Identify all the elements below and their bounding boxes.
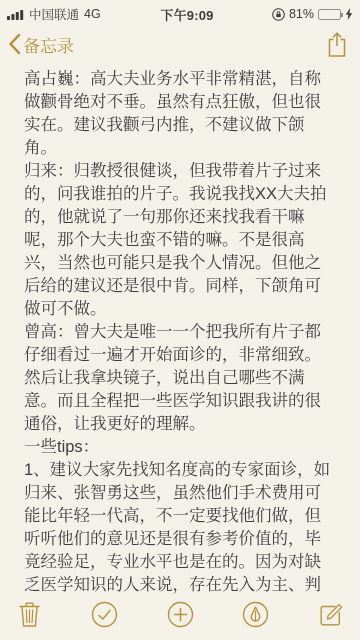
trash-icon: [18, 601, 41, 628]
note-line: 做颧骨绝对不垂。虽然有点狂傲，但也很: [24, 91, 330, 114]
note-line: 实在。建议我颧弓内推，不建议做下颌: [24, 114, 330, 137]
add-attachment-button[interactable]: [165, 599, 195, 629]
note-text-area[interactable]: 高占巍：高大夫业务水平非常精湛，自称做颧骨绝对不垂。虽然有点狂傲，但也很实在。建…: [0, 62, 360, 597]
battery-percent-label: 81%: [289, 7, 314, 21]
share-icon: [326, 31, 348, 58]
note-line: 竟经验足，专业水平也是在的。因为对缺: [24, 551, 330, 574]
note-line: 归来、张智勇这些，虽然他们手术费用可: [24, 482, 330, 505]
carrier-label: 中国联通: [29, 5, 79, 23]
status-time: 下午9:09: [160, 5, 213, 24]
status-right: 81%: [237, 7, 353, 21]
compose-icon: [318, 601, 345, 628]
notes-app-screen: 中国联通 4G 下午9:09 81%: [0, 0, 360, 640]
compose-button[interactable]: [316, 599, 346, 629]
share-button[interactable]: [326, 31, 348, 58]
checklist-icon: [91, 601, 118, 628]
note-line: 能比年轻一代高，不一定要找他们做，但: [24, 505, 330, 528]
status-bar: 中国联通 4G 下午9:09 81%: [0, 0, 360, 26]
bottom-toolbar: [0, 594, 360, 640]
orientation-lock-icon: [272, 8, 285, 21]
battery-icon: [318, 9, 341, 20]
markup-button[interactable]: [241, 599, 271, 629]
note-line: 角。: [24, 137, 330, 160]
charging-bolt-icon: [345, 8, 353, 20]
markup-icon: [242, 601, 269, 628]
note-line: 做可不做。: [24, 298, 330, 321]
signal-bars-icon: [7, 9, 24, 20]
note-line: 意。而且全程把一些医学知识跟我讲的很: [24, 390, 330, 413]
note-line: 通俗，让我更好的理解。: [24, 413, 330, 436]
note-line: 然后让我拿块镜子，说出自己哪些不满: [24, 367, 330, 390]
note-line: 听听他们的意见还是很有参考价值的，毕: [24, 528, 330, 551]
note-line: 高占巍：高大夫业务水平非常精湛，自称: [24, 68, 330, 91]
note-line: 的，问我谁拍的片子。我说我找XX大夫拍: [24, 183, 330, 206]
note-line: 一些tips：: [24, 436, 330, 459]
note-line: 归来：归教授很健谈，但我带着片子过来: [24, 160, 330, 183]
note-line: 仔细看过一遍才开始面诊的，非常细致。: [24, 344, 330, 367]
delete-note-button[interactable]: [14, 599, 44, 629]
battery-cap: [341, 13, 343, 17]
note-line: 1、建议大家先找知名度高的专家面诊，如: [24, 459, 330, 482]
note-line: 兴，当然也可能只是我个人情况。但他之: [24, 252, 330, 275]
status-left: 中国联通 4G: [7, 5, 137, 23]
back-button-label: 备忘录: [23, 32, 74, 57]
nav-bar: 备忘录: [0, 26, 360, 62]
note-line: 呢，那个大夫也蛮不错的嘛。不是很高: [24, 229, 330, 252]
add-icon: [167, 601, 194, 628]
note-line: 后给的建议还是很中肯。同样，下颌角可: [24, 275, 330, 298]
network-type-label: 4G: [84, 7, 101, 21]
checklist-button[interactable]: [90, 599, 120, 629]
note-line: 曾高：曾大夫是唯一一个把我所有片子都: [24, 321, 330, 344]
chevron-left-icon: [8, 33, 21, 55]
back-button[interactable]: 备忘录: [8, 32, 74, 57]
note-line: 的，他就说了一句那你还来找我看干嘛: [24, 206, 330, 229]
